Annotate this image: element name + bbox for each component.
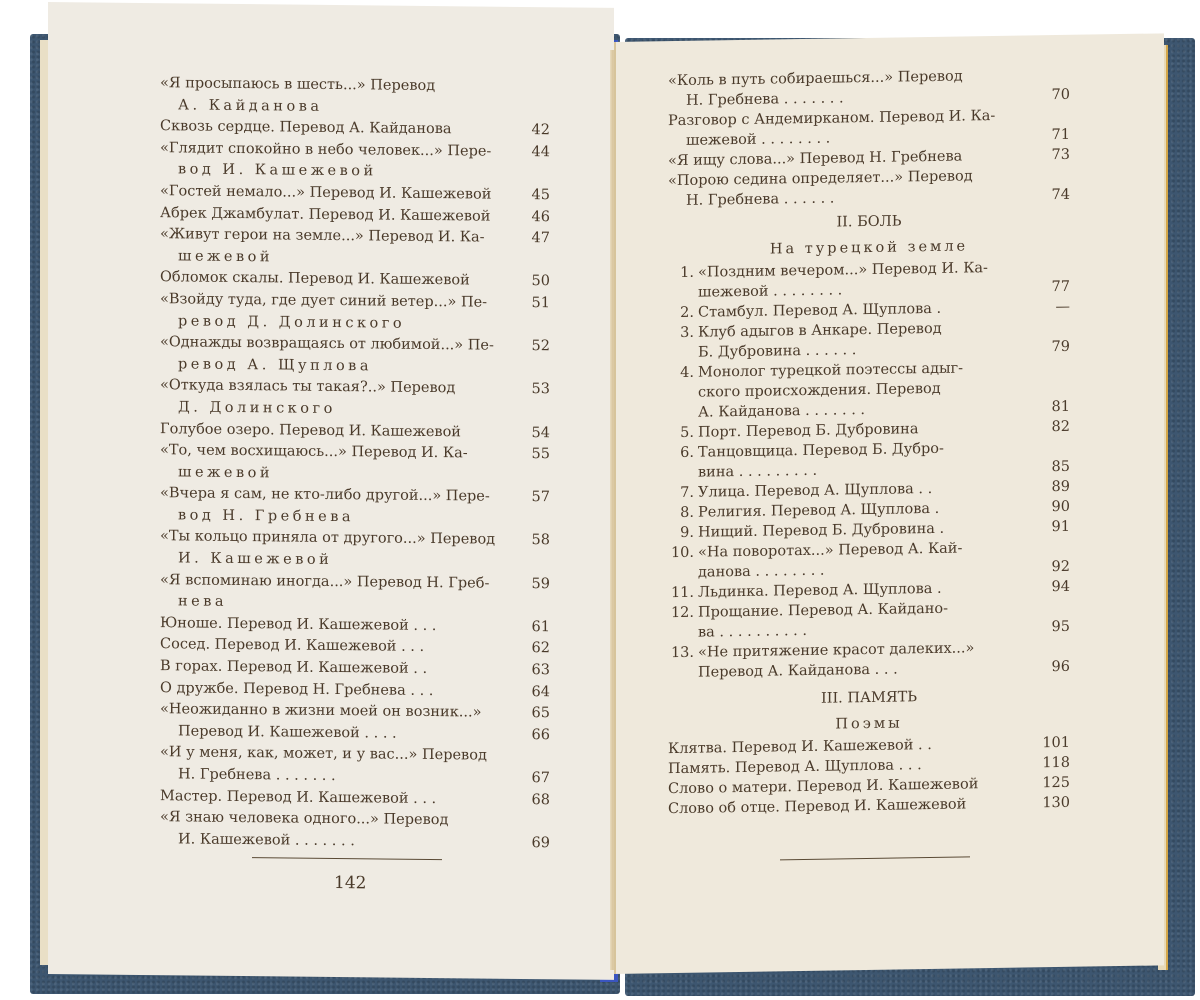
entry-title: шежевой . . . . . . . .: [698, 282, 842, 300]
entry-page-number: 65: [510, 703, 550, 725]
entry-title: шежевой . . . . . . . .: [668, 131, 830, 150]
entry-number: 9.: [668, 523, 694, 543]
entry-page-number: 45: [510, 185, 550, 207]
entry-title: Сквозь сердце. Перевод А. Кайданова: [160, 118, 452, 137]
entry-page-number: 118: [1030, 753, 1070, 774]
entry-page-number: 50: [510, 271, 550, 293]
footer-rule: [252, 857, 442, 860]
entry-title: ского происхождения. Перевод: [698, 381, 941, 401]
entry-title: Н. Гребнева . . . . . .: [668, 191, 834, 210]
table-of-contents-right: «Коль в путь собираешься...» ПереводН. Г…: [668, 65, 1070, 819]
entry-page-number: 52: [510, 336, 550, 358]
entry-page-number: 77: [1030, 277, 1070, 298]
entry-title: «Порою седина определяет...» Перевод: [668, 168, 973, 189]
entry-page-number: 73: [1030, 145, 1070, 166]
entry-page-number: 58: [510, 530, 550, 552]
table-of-contents-left: «Я просыпаюсь в шесть...» ПереводА. Кайд…: [160, 73, 550, 854]
entry-title: Память. Перевод А. Щуплова . . .: [668, 757, 922, 777]
entry-title: «Коль в путь собираешься...» Перевод: [668, 69, 963, 90]
entry-page-number: 46: [510, 206, 550, 228]
entry-title: Монолог турецкой поэтессы адыг-: [698, 361, 963, 381]
entry-number: 7.: [668, 483, 694, 503]
entry-title: данова . . . . . . . .: [698, 563, 825, 581]
entry-title: Стамбул. Перевод А. Щуплова .: [698, 301, 941, 321]
entry-page-number: 63: [510, 660, 550, 682]
entry-title: Мастер. Перевод И. Кашежевой . . .: [160, 788, 436, 807]
entry-title: «Глядит спокойно в небо человек...» Пере…: [160, 140, 491, 159]
entry-number: 6.: [668, 443, 694, 463]
entry-page-number: 66: [510, 725, 550, 747]
entry-page-number: 92: [1030, 557, 1070, 578]
entry-page-number: 85: [1030, 457, 1070, 478]
entry-page-number: 69: [510, 833, 550, 855]
entry-number: 2.: [668, 303, 694, 323]
entry-title: вина . . . . . . . . .: [698, 463, 817, 481]
entry-title: «Ты кольцо приняла от другого...» Перево…: [160, 529, 495, 549]
entry-title: Клятва. Перевод И. Кашежевой . .: [668, 737, 932, 757]
section-heading-bol: II. БОЛЬ: [668, 209, 1070, 235]
entry-title: Юноше. Перевод И. Кашежевой . . .: [160, 615, 436, 634]
entry-number: 1.: [668, 263, 694, 283]
entry-title: Порт. Перевод Б. Дубровина: [698, 421, 919, 440]
page-block-edge-left: [40, 40, 48, 965]
entry-title: ва . . . . . . . . . .: [698, 623, 807, 641]
entry-page-number: 71: [1030, 125, 1070, 146]
entry-page-number: 42: [510, 120, 550, 142]
entry-title: шежевой: [160, 248, 273, 265]
footer-rule: [780, 856, 970, 860]
entry-page-number: [1030, 597, 1070, 598]
entry-title: «Вчера я сам, не кто-либо другой...» Пер…: [160, 485, 490, 504]
entry-number: 11.: [668, 583, 694, 603]
entry-page-number: 59: [510, 573, 550, 595]
entry-title: Религия. Перевод А. Щуплова .: [698, 501, 939, 521]
entry-title: нева: [160, 593, 227, 610]
entry-title: И. Кашежевой . . . . . . .: [160, 831, 355, 849]
entry-page-number: 57: [510, 487, 550, 509]
entry-title: Танцовщица. Перевод Б. Дубро-: [698, 441, 944, 461]
entry-title: А. Кайданова: [160, 97, 323, 115]
entry-title: «Взойду туда, где дует синий ветер...» П…: [160, 291, 487, 310]
entry-page-number: 96: [1030, 657, 1070, 678]
entry-title: Обломок скалы. Перевод И. Кашежевой: [160, 270, 470, 289]
right-page: «Коль в путь собираешься...» ПереводН. Г…: [614, 33, 1164, 974]
entry-page-number: 90: [1030, 497, 1070, 518]
entry-page-number: 55: [510, 444, 550, 466]
entry-title: вод И. Кашежевой: [160, 162, 377, 180]
entry-page-number: 53: [510, 379, 550, 401]
entry-title: вод Н. Гребнева: [160, 507, 354, 525]
entry-title: Д. Долинского: [160, 399, 336, 417]
entry-title: «Однажды возвращаясь от любимой...» Пе-: [160, 334, 494, 353]
entry-number: 12.: [668, 603, 694, 623]
entry-title: «Я вспоминаю иногда...» Перевод Н. Греб-: [160, 572, 489, 591]
entry-title: Абрек Джамбулат. Перевод И. Кашежевой: [160, 205, 490, 224]
entry-title: «На поворотах...» Перевод А. Кай-: [698, 541, 962, 561]
entry-title: Улица. Перевод А. Щуплова . .: [698, 481, 932, 501]
entry-title: ревод А. Щуплова: [160, 356, 372, 374]
entry-title: Б. Дубровина . . . . . .: [698, 342, 856, 360]
entry-title: «Я знаю человека одного...» Перевод: [160, 809, 448, 828]
entry-title: «Откуда взялась ты такая?..» Перевод: [160, 377, 455, 396]
entry-page-number: [1030, 637, 1070, 638]
entry-page-number: 94: [1030, 577, 1070, 598]
entry-title: «И у меня, как, может, и у вас...» Перев…: [160, 745, 487, 764]
entry-page-number: [1030, 257, 1070, 258]
entry-title: Клуб адыгов в Анкаре. Перевод: [698, 321, 942, 341]
page-number: 142: [334, 873, 366, 893]
entry-title: «Я ищу слова...» Перевод Н. Гребнева: [668, 149, 962, 170]
entry-title: Прощание. Перевод А. Кайдано-: [698, 601, 948, 621]
entry-number: 3.: [668, 323, 694, 343]
entry-page-number: [1030, 105, 1070, 106]
entry-title: А. Кайданова . . . . . . .: [698, 402, 865, 421]
entry-number: 4.: [668, 363, 694, 383]
entry-page-number: 64: [510, 681, 550, 703]
entry-title: И. Кашежевой: [160, 550, 332, 568]
entry-title: «Гостей немало...» Перевод И. Кашежевой: [160, 183, 491, 202]
entry-page-number: [1030, 437, 1070, 438]
entry-page-number: 82: [1030, 417, 1070, 438]
entry-page-number: 130: [1030, 793, 1070, 814]
entry-page-number: [1030, 377, 1070, 378]
entry-page-number: [1030, 537, 1070, 538]
entry-page-number: 70: [1030, 85, 1070, 106]
entry-title: Слово об отце. Перевод И. Кашежевой: [668, 796, 966, 817]
entry-page-number: 89: [1030, 477, 1070, 498]
entry-page-number: 61: [510, 617, 550, 639]
entry-page-number: [1030, 165, 1070, 166]
entry-title: Голубое озеро. Перевод И. Кашежевой: [160, 421, 461, 440]
entry-title: Сосед. Перевод И. Кашежевой . . .: [160, 637, 424, 656]
entry-page-number: 54: [510, 422, 550, 444]
toc-entry: И. Кашежевой . . . . . . .69: [160, 829, 550, 855]
entry-title: Н. Гребнева . . . . . . .: [160, 766, 336, 784]
entry-title: Льдинка. Перевод А. Щуплова .: [698, 581, 942, 601]
entry-title: «Неожиданно в жизни моей он возник...»: [160, 701, 481, 720]
entry-page-number: 62: [510, 638, 550, 660]
entry-title: Перевод И. Кашежевой . . . .: [160, 723, 397, 741]
entry-title: «То, чем восхищаюсь...» Перевод И. Ка-: [160, 442, 468, 461]
entry-title: шежевой: [160, 464, 273, 481]
entry-number: 5.: [668, 423, 694, 443]
entry-title: Н. Гребнева . . . . . . .: [668, 90, 844, 109]
entry-title: В горах. Перевод И. Кашежевой . .: [160, 658, 427, 677]
entry-page-number: 91: [1030, 517, 1070, 538]
entry-page-number: 51: [510, 293, 550, 315]
entry-title: Перевод А. Кайданова . . .: [698, 662, 898, 681]
entry-title: ревод Д. Долинского: [160, 313, 405, 332]
entry-title: «Не притяжение красот далеких...»: [698, 640, 974, 660]
entry-page-number: 68: [510, 789, 550, 811]
entry-title: Нищий. Перевод Б. Дубровина .: [698, 521, 944, 541]
entry-title: «Поздним вечером...» Перевод И. Ка-: [698, 260, 988, 281]
entry-page-number: 95: [1030, 617, 1070, 638]
section-heading-pamyat: III. ПАМЯТЬ: [668, 685, 1070, 711]
entry-title: «Я просыпаюсь в шесть...» Перевод: [160, 75, 435, 94]
entry-page-number: [1030, 65, 1070, 66]
entry-page-number: 74: [1030, 185, 1070, 206]
entry-page-number: 79: [1030, 337, 1070, 358]
entry-number: 8.: [668, 503, 694, 523]
entry-page-number: [1030, 317, 1070, 318]
entry-title: О дружбе. Перевод Н. Гребнева . . .: [160, 680, 433, 699]
entry-page-number: [1030, 357, 1070, 358]
left-page: «Я просыпаюсь в шесть...» ПереводА. Кайд…: [48, 2, 614, 980]
entry-page-number: 44: [510, 142, 550, 164]
entry-title: «Живут герои на земле...» Перевод И. Ка-: [160, 226, 485, 245]
entry-number: 13.: [668, 643, 694, 663]
entry-page-number: —: [1030, 297, 1070, 318]
entry-page-number: 81: [1030, 397, 1070, 418]
entry-page-number: 67: [510, 768, 550, 790]
entry-number: 10.: [668, 543, 694, 563]
entry-page-number: 101: [1030, 733, 1070, 754]
entry-page-number: 47: [510, 228, 550, 250]
entry-page-number: 125: [1030, 773, 1070, 794]
